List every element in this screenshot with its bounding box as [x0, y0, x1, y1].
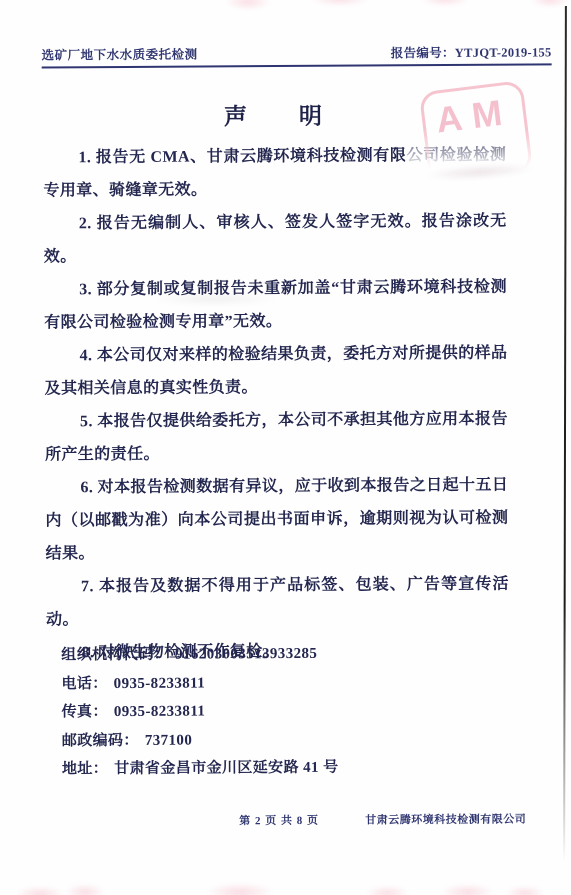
statement-item: 2. 报告无编制人、审核人、签发人签字无效。报告涂改无效。	[44, 205, 507, 274]
footer-company-name: 甘肃云腾环境科技检测有限公司	[365, 811, 526, 828]
contact-address: 地址：甘肃省金昌市金川区延安路 41 号	[62, 754, 339, 784]
header-doc-title: 选矿厂地下水水质委托检测	[42, 45, 198, 64]
contact-org-code: 组织机构代码：916203003513933285	[61, 640, 338, 670]
contact-phone: 电话：0935-8233811	[61, 668, 338, 698]
statement-item: 4. 本公司仅对来样的检验结果负责，委托方对所提供的样品及其相关信息的真实性负责…	[44, 337, 507, 406]
header-report-number: 报告编号：YTJQT-2019-155	[391, 42, 552, 61]
statement-item: 5. 本报告仅提供给委托方，本公司不承担其他方应用本报告所产生的责任。	[45, 403, 508, 472]
statement-item: 3. 部分复制或复制报告未重新加盖“甘肃云腾环境科技检测有限公司检验检测专用章”…	[44, 271, 507, 340]
contact-value: 737100	[145, 732, 193, 748]
contact-value: 0935-8233811	[114, 703, 206, 720]
contact-label: 传真：	[62, 704, 108, 720]
scan-blot	[505, 886, 545, 895]
scan-blot	[65, 884, 105, 895]
scan-smudge	[150, 293, 280, 305]
scan-blot	[15, 886, 65, 895]
statement-item: 7. 本报告及数据不得用于产品标签、包装、广告等宣传活动。	[46, 568, 509, 637]
page-header: 选矿厂地下水水质委托检测 报告编号：YTJQT-2019-155	[42, 42, 552, 68]
scan-blot	[365, 886, 410, 895]
contact-postcode: 邮政编码：737100	[62, 725, 339, 755]
scanned-report-page: 选矿厂地下水水质委托检测 报告编号：YTJQT-2019-155 声 明 1. …	[0, 0, 571, 895]
contact-label: 邮政编码：	[62, 732, 139, 748]
contact-value: 916203003513933285	[175, 646, 317, 663]
scan-blot	[440, 884, 495, 895]
contact-label: 地址：	[62, 761, 108, 777]
contact-label: 电话：	[61, 676, 107, 692]
statement-item: 6. 对本报告检测数据有异议，应于收到本报告之日起十五日内（以邮戳为准）向本公司…	[45, 469, 509, 571]
statements-list: 1. 报告无 CMA、甘肃云腾环境科技检测有限公司检验检测专用章、骑缝章无效。 …	[43, 139, 509, 670]
contact-value: 甘肃省金昌市金川区延安路 41 号	[114, 760, 338, 777]
scan-blot	[205, 883, 275, 895]
contact-label: 组织机构代码：	[61, 647, 169, 664]
footer-page-number: 第 2 页 共 8 页	[239, 812, 319, 828]
contact-block: 组织机构代码：916203003513933285 电话：0935-823381…	[61, 640, 338, 784]
contact-fax: 传真：0935-8233811	[62, 697, 339, 727]
contact-value: 0935-8233811	[114, 675, 206, 692]
